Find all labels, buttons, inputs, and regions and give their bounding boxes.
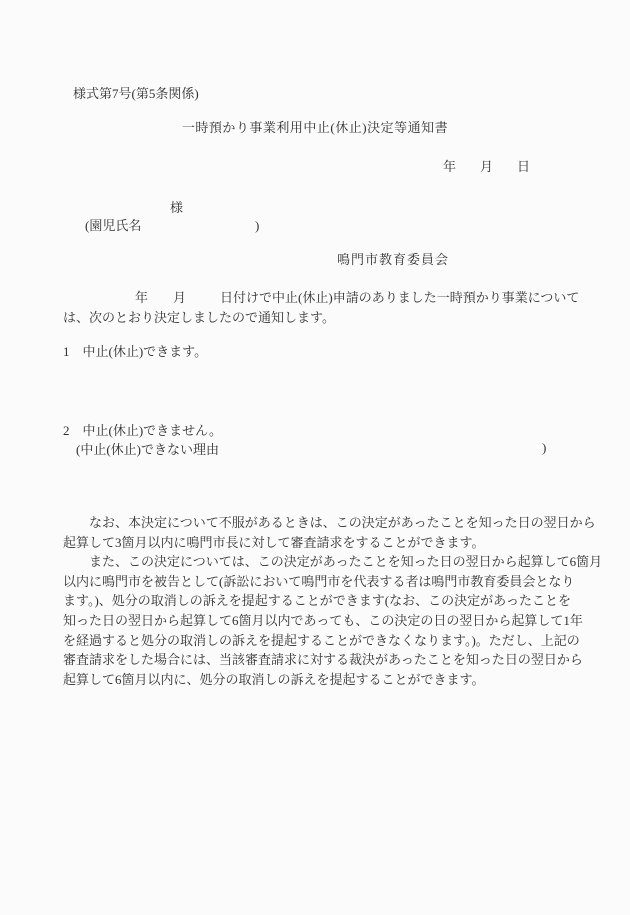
issue-date-day-label: 日: [517, 157, 530, 177]
application-date-month-label: 月: [173, 288, 186, 308]
issuer-name: 鳴門市教育委員会: [337, 250, 449, 270]
intro-line-2: は、次のとおり決定しましたので通知します。: [63, 308, 335, 328]
intro-line-1-text: 日付けで中止(休止)申請のありました一時預かり事業について: [220, 288, 579, 308]
issue-date-year-label: 年: [443, 159, 456, 174]
decision-item-1: 1 中止(休止)できます。: [63, 342, 207, 362]
decision-item-2: 2 中止(休止)できません。: [63, 421, 222, 441]
appeal-notice-line: 以内に鳴門市を被告として(訴訟において鳴門市を代表する者は鳴門市教育委員会となり: [63, 572, 603, 592]
document-title: 一時預かり事業利用中止(休止)決定等通知書: [0, 118, 630, 138]
appeal-notice-line: また、この決定については、この決定があったことを知った日の翌日から起算して6箇月: [63, 552, 603, 572]
issue-date-month-label: 月: [480, 157, 493, 177]
application-date-year-label: 年: [135, 288, 148, 308]
document-page: 様式第7号(第5条関係) 一時預かり事業利用中止(休止)決定等通知書 年月日 様…: [0, 0, 630, 915]
reason-field-close-paren: ): [542, 438, 546, 458]
form-number: 様式第7号(第5条関係): [73, 84, 199, 104]
child-name-field-close-paren: ): [255, 216, 259, 236]
reason-field-label: (中止(休止)できない理由: [63, 440, 219, 460]
appeal-notice-line: 起算して3箇月以内に鳴門市長に対して審査請求をすることができます。: [63, 533, 603, 553]
appeal-notice-line: 知った日の翌日から起算して6箇月以内であっても、この決定の日の翌日から起算して1…: [63, 611, 603, 631]
addressee-honorific: 様: [170, 198, 183, 218]
issue-date-line: 年月日: [443, 157, 530, 177]
appeal-notice-line: 起算して6箇月以内に、処分の取消しの訴えを提起することができます。: [63, 670, 603, 690]
appeal-notice-line: ます。)、処分の取消しの訴えを提起することができます(なお、この決定があったこと…: [63, 591, 603, 611]
appeal-notice-line: を経過すると処分の取消しの訴えを提起することができなくなります。)。ただし、上記…: [63, 631, 603, 651]
intro-line-1: 年月日付けで中止(休止)申請のありました一時預かり事業について: [63, 288, 579, 308]
appeal-notice-line: なお、本決定について不服があるときは、この決定があったことを知った日の翌日から: [63, 513, 603, 533]
appeal-notice-paragraph: なお、本決定について不服があるときは、この決定があったことを知った日の翌日から …: [63, 513, 603, 689]
appeal-notice-line: 審査請求をした場合には、当該審査請求に対する裁決があったことを知った日の翌日から: [63, 650, 603, 670]
child-name-field-label: (園児氏名: [85, 216, 141, 236]
